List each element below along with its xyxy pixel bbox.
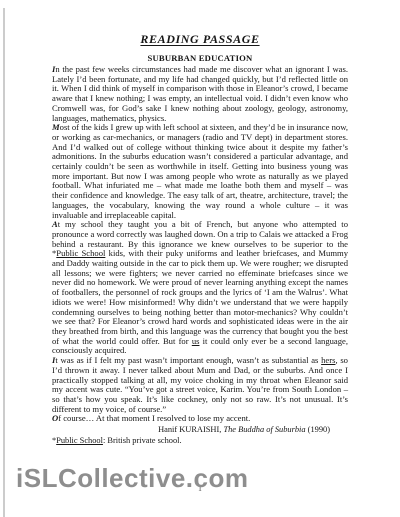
paragraph-4: It was as if I felt my past wasn’t impor… bbox=[52, 356, 348, 414]
islcollective-watermark: iSLCollective.com bbox=[16, 463, 248, 494]
paragraph-5: Of course… At that moment I resolved to … bbox=[52, 414, 348, 424]
worksheet-page: READING PASSAGE SUBURBAN EDUCATION In th… bbox=[0, 0, 400, 517]
paragraph-2: Most of the kids I grew up with left sch… bbox=[52, 123, 348, 220]
scan-edge-line bbox=[3, 8, 5, 517]
footnote: *Public School: British private school. bbox=[52, 436, 348, 446]
passage-title-text: READING PASSAGE bbox=[140, 32, 259, 46]
passage-title: READING PASSAGE bbox=[52, 32, 348, 47]
passage-subtitle: SUBURBAN EDUCATION bbox=[52, 53, 348, 63]
paragraph-3: At my school they taught you a bit of Fr… bbox=[52, 220, 348, 356]
attribution: Hanif KURAISHI, The Buddha of Suburbia (… bbox=[52, 425, 348, 435]
reading-passage-document: READING PASSAGE SUBURBAN EDUCATION In th… bbox=[52, 30, 348, 446]
paragraph-1: In the past few weeks circumstances had … bbox=[52, 65, 348, 123]
